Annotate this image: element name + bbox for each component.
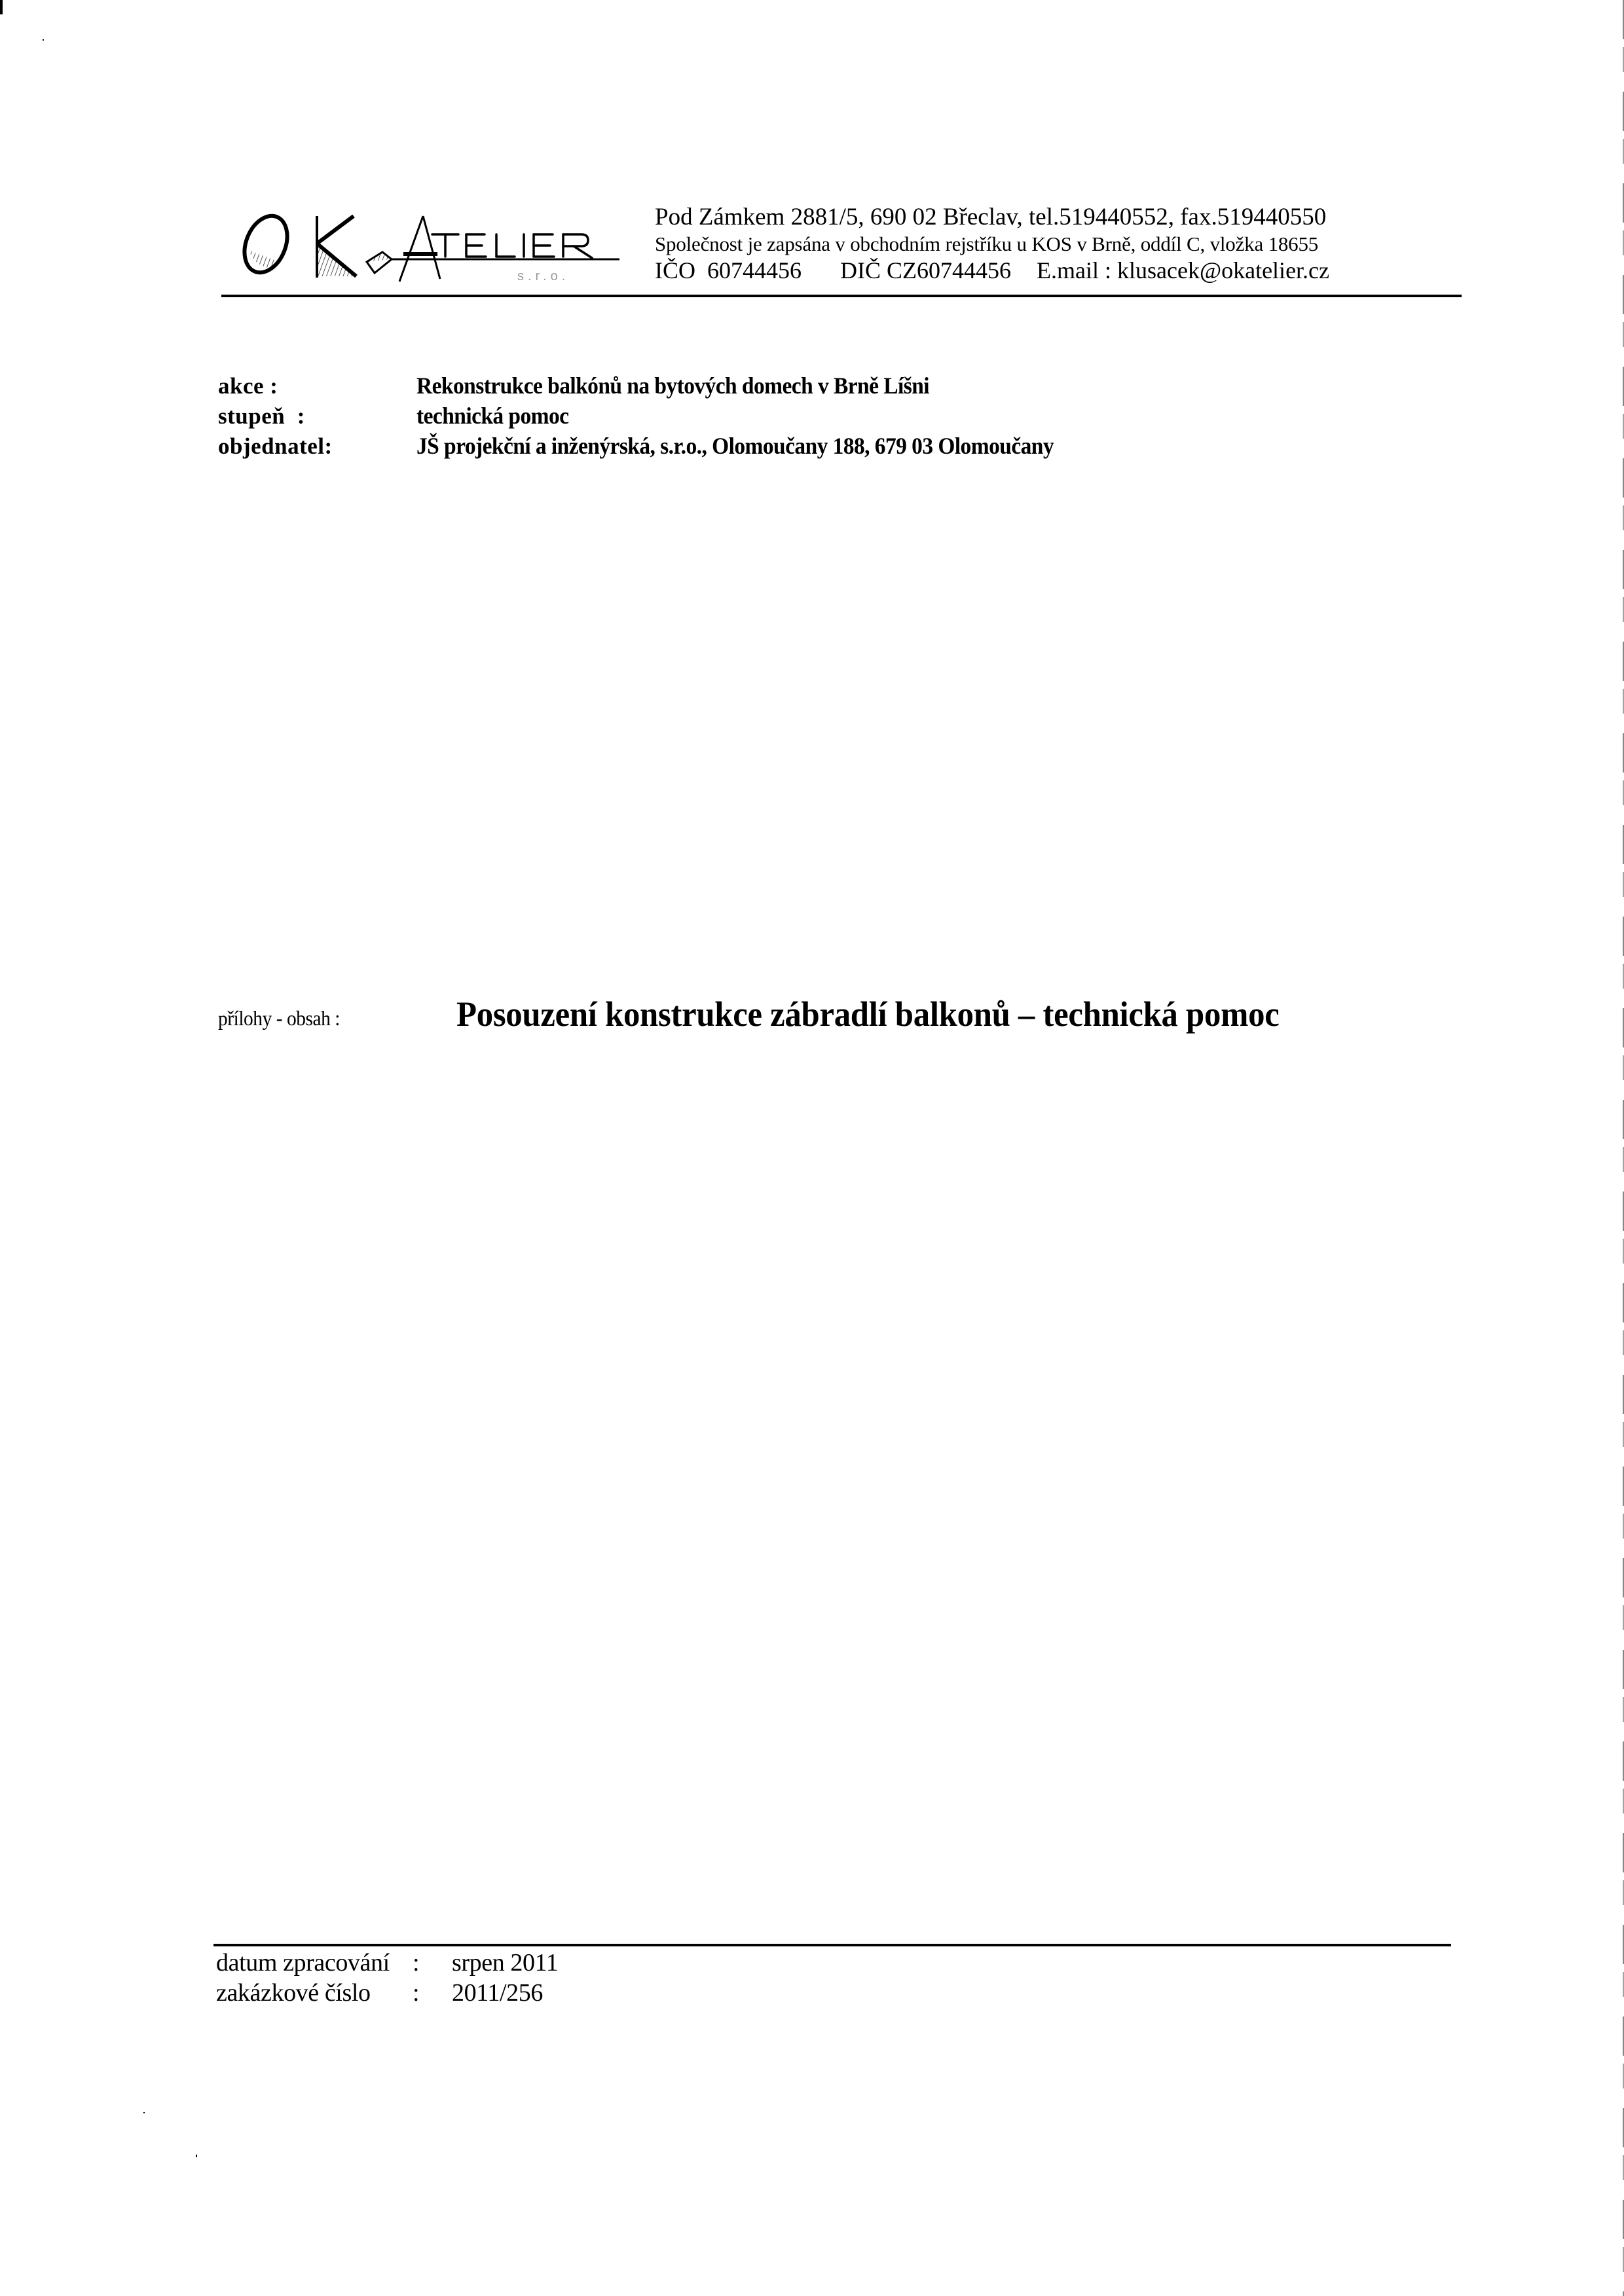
date-separator: : bbox=[413, 1948, 452, 1977]
ico-value: 60744456 bbox=[707, 257, 802, 283]
client-value: JŠ projekční a inženýrská, s.r.o., Olomo… bbox=[416, 432, 1054, 460]
action-value: Rekonstrukce balkónů na bytových domech … bbox=[416, 372, 929, 399]
company-ids: IČO 60744456 DIČ CZ60744456 E.mail : klu… bbox=[655, 257, 1329, 284]
scan-artifact-left bbox=[0, 0, 3, 14]
svg-text:s.r.o.: s.r.o. bbox=[517, 269, 569, 283]
order-number-value: 2011/256 bbox=[452, 1978, 543, 2007]
client-label: objednatel: bbox=[218, 433, 416, 460]
footer-divider bbox=[213, 1944, 1451, 1946]
date-value: srpen 2011 bbox=[452, 1948, 558, 1977]
ok-atelier-logo-icon: s.r.o. bbox=[236, 203, 642, 295]
stage-label: stupeň : bbox=[218, 403, 416, 429]
company-contact-block: Pod Zámkem 2881/5, 690 02 Břeclav, tel.5… bbox=[655, 204, 1329, 284]
dic-label: DIČ bbox=[840, 257, 881, 283]
email-label: E.mail : bbox=[1037, 257, 1111, 283]
header-divider bbox=[221, 295, 1462, 297]
document-title: Posouzení konstrukce zábradlí balkonů – … bbox=[456, 994, 1279, 1034]
project-info: akce : Rekonstrukce balkónů na bytových … bbox=[218, 372, 1101, 462]
ico-label: IČO bbox=[655, 257, 695, 283]
footer-row-order-number: zakázkové číslo : 2011/256 bbox=[216, 1978, 558, 2009]
email-link[interactable]: klusacek@okatelier.cz bbox=[1117, 257, 1329, 283]
dic-value: CZ60744456 bbox=[887, 257, 1011, 283]
order-number-label: zakázkové číslo bbox=[216, 1978, 413, 2007]
stage-value: technická pomoc bbox=[416, 402, 568, 429]
annex-label: přílohy - obsah : bbox=[218, 1006, 340, 1030]
company-logo: s.r.o. bbox=[236, 203, 642, 295]
company-registry: Společnost je zapsána v obchodním rejstř… bbox=[655, 230, 1329, 257]
order-number-separator: : bbox=[413, 1978, 452, 2007]
footer-row-date: datum zpracování : srpen 2011 bbox=[216, 1948, 558, 1978]
document-footer: datum zpracování : srpen 2011 zakázkové … bbox=[216, 1948, 558, 2009]
project-row-stage: stupeň : technická pomoc bbox=[218, 402, 1101, 432]
date-label: datum zpracování bbox=[216, 1948, 413, 1977]
scan-speck bbox=[43, 39, 44, 41]
action-label: akce : bbox=[218, 373, 416, 399]
project-row-action: akce : Rekonstrukce balkónů na bytových … bbox=[218, 372, 1101, 402]
project-row-client: objednatel: JŠ projekční a inženýrská, s… bbox=[218, 432, 1101, 462]
scan-speck bbox=[196, 2155, 197, 2157]
scan-speck bbox=[143, 2112, 145, 2113]
company-address: Pod Zámkem 2881/5, 690 02 Břeclav, tel.5… bbox=[655, 204, 1329, 230]
